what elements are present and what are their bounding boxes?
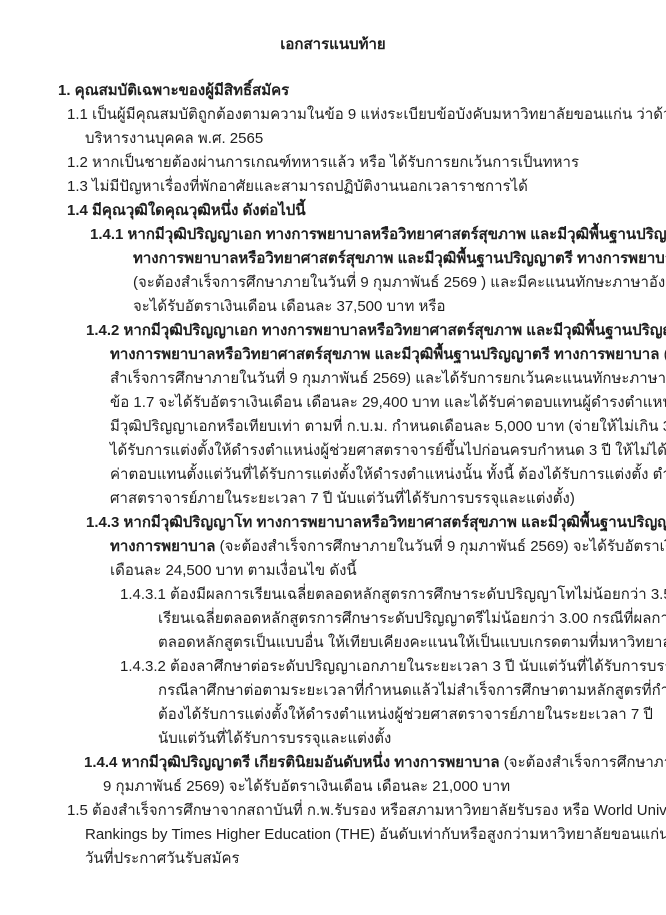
line-1-4-2-cont-5: ได้รับการแต่งตั้งให้ดำรงตำแหน่งผู้ช่วยศา… (110, 439, 666, 463)
line-text: 1.1 เป็นผู้มีคุณสมบัติถูกต้องตามความในข้… (67, 106, 666, 123)
line-1-4-1-cont-3: จะได้รับอัตราเงินเดือน เดือนละ 37,500 บา… (133, 295, 666, 319)
line-1-4-2-cont-1: ทางการพยาบาลหรือวิทยาศาสตร์สุขภาพ และมีว… (110, 343, 666, 367)
line-1-4-3-2-cont-2: ต้องได้รับการแต่งตั้งให้ดำรงตำแหน่งผู้ช่… (158, 703, 666, 727)
line-1-3: 1.3 ไม่มีปัญหาเรื่องที่พักอาศัยและสามารถ… (67, 175, 666, 199)
line-text: สำเร็จการศึกษาภายในวันที่ 9 กุมภาพันธ์ 2… (110, 370, 666, 387)
line-text: (จะต้องสำเร็จการศึกษาภายในวันที่ (500, 754, 666, 771)
line-text: 9 กุมภาพันธ์ 2569) จะได้รับอัตราเงินเดือ… (103, 778, 510, 795)
line-text: นับแต่วันที่ได้รับการบรรจุและแต่งตั้ง (158, 730, 391, 747)
line-1-4-2-cont-6: ค่าตอบแทนตั้งแต่วันที่ได้รับการแต่งตั้งใ… (110, 463, 666, 487)
line-1-4-1-cont-2: (จะต้องสำเร็จการศึกษาภายในวันที่ 9 กุมภา… (133, 271, 666, 295)
line-text: 1.2 หากเป็นชายต้องผ่านการเกณฑ์ทหารแล้ว ห… (67, 154, 579, 171)
line-1-4-4: 1.4.4 หากมีวุฒิปริญญาตรี เกียรตินิยมอันด… (84, 751, 666, 775)
line-text-bold: 1.4.2 หากมีวุฒิปริญญาเอก ทางการพยาบาลหรื… (86, 322, 666, 339)
line-text: ต้องได้รับการแต่งตั้งให้ดำรงตำแหน่งผู้ช่… (158, 706, 653, 723)
document-page: เอกสารแนบท้าย 1. คุณสมบัติเฉพาะของผู้มีส… (0, 0, 666, 915)
line-1-4-3-cont-2: เดือนละ 24,500 บาท ตามเงื่อนไข ดังนี้ (110, 559, 666, 583)
page-title: เอกสารแนบท้าย (0, 33, 666, 57)
line-1-4-2-cont-3: ข้อ 1.7 จะได้รับอัตราเงินเดือน เดือนละ 2… (110, 391, 666, 415)
line-text-bold: 1.4.4 หากมีวุฒิปริญญาตรี เกียรตินิยมอันด… (84, 754, 500, 771)
line-1-4-3: 1.4.3 หากมีวุฒิปริญญาโท ทางการพยาบาลหรือ… (86, 511, 666, 535)
line-text: 1.3 ไม่มีปัญหาเรื่องที่พักอาศัยและสามารถ… (67, 178, 528, 195)
line-1-4: 1.4 มีคุณวุฒิใดคุณวุฒิหนึ่ง ดังต่อไปนี้ (67, 199, 666, 223)
line-1-5-cont-2: วันที่ประกาศวันรับสมัคร (85, 847, 666, 871)
line-1-4-3-1-cont-1: เรียนเฉลี่ยตลอดหลักสูตรการศึกษาระดับปริญ… (158, 607, 666, 631)
line-1-4-2: 1.4.2 หากมีวุฒิปริญญาเอก ทางการพยาบาลหรื… (86, 319, 666, 343)
line-1-4-3-2-cont-1: กรณีลาศึกษาต่อตามระยะเวลาที่กำหนดแล้วไม่… (158, 679, 666, 703)
line-section-1: 1. คุณสมบัติเฉพาะของผู้มีสิทธิ์สมัคร (58, 79, 666, 103)
line-1-2: 1.2 หากเป็นชายต้องผ่านการเกณฑ์ทหารแล้ว ห… (67, 151, 666, 175)
line-text: เดือนละ 24,500 บาท ตามเงื่อนไข ดังนี้ (110, 562, 357, 579)
line-text: ศาสตราจารย์ภายในระยะเวลา 7 ปี นับแต่วันท… (110, 490, 575, 507)
line-text-bold: ทางการพยาบาลหรือวิทยาศาสตร์สุขภาพ และมีว… (133, 250, 666, 267)
line-text: เรียนเฉลี่ยตลอดหลักสูตรการศึกษาระดับปริญ… (158, 610, 666, 627)
line-text: (จะต้องสำเร็จการศึกษาภายในวันที่ 9 กุมภา… (215, 538, 666, 555)
line-1-4-3-cont-1: ทางการพยาบาล (จะต้องสำเร็จการศึกษาภายในว… (110, 535, 666, 559)
line-text: (จะต้อง (659, 346, 666, 363)
line-text-bold: 1.4.1 หากมีวุฒิปริญญาเอก ทางการพยาบาลหรื… (90, 226, 666, 243)
line-text: Rankings by Times Higher Education (THE)… (85, 826, 666, 843)
line-text-bold: 1.4.3 หากมีวุฒิปริญญาโท ทางการพยาบาลหรือ… (86, 514, 666, 531)
line-text: 1.5 ต้องสำเร็จการศึกษาจากสถาบันที่ ก.พ.ร… (67, 802, 666, 819)
line-text: ได้รับการแต่งตั้งให้ดำรงตำแหน่งผู้ช่วยศา… (110, 442, 666, 459)
line-1-4-1: 1.4.1 หากมีวุฒิปริญญาเอก ทางการพยาบาลหรื… (90, 223, 666, 247)
line-text: 1.4.3.1 ต้องมีผลการเรียนเฉลี่ยตลอดหลักสู… (120, 586, 666, 603)
line-1-4-3-2: 1.4.3.2 ต้องลาศึกษาต่อระดับปริญญาเอกภายใ… (120, 655, 666, 679)
line-1-5: 1.5 ต้องสำเร็จการศึกษาจากสถาบันที่ ก.พ.ร… (67, 799, 666, 823)
line-1-5-cont-1: Rankings by Times Higher Education (THE)… (85, 823, 666, 847)
line-text-bold: 1. คุณสมบัติเฉพาะของผู้มีสิทธิ์สมัคร (58, 82, 289, 99)
line-1-4-3-1: 1.4.3.1 ต้องมีผลการเรียนเฉลี่ยตลอดหลักสู… (120, 583, 666, 607)
line-text: มีวุฒิปริญญาเอกหรือเทียบเท่า ตามที่ ก.บ.… (110, 418, 666, 435)
line-text: ข้อ 1.7 จะได้รับอัตราเงินเดือน เดือนละ 2… (110, 394, 666, 411)
line-1-4-2-cont-2: สำเร็จการศึกษาภายในวันที่ 9 กุมภาพันธ์ 2… (110, 367, 666, 391)
line-text: วันที่ประกาศวันรับสมัคร (85, 850, 240, 867)
line-1-4-1-cont-1: ทางการพยาบาลหรือวิทยาศาสตร์สุขภาพ และมีว… (133, 247, 666, 271)
line-text: ค่าตอบแทนตั้งแต่วันที่ได้รับการแต่งตั้งใ… (110, 466, 666, 483)
line-1-4-2-cont-4: มีวุฒิปริญญาเอกหรือเทียบเท่า ตามที่ ก.บ.… (110, 415, 666, 439)
line-text-bold: ทางการพยาบาล (110, 538, 215, 555)
line-1-4-4-cont-1: 9 กุมภาพันธ์ 2569) จะได้รับอัตราเงินเดือ… (103, 775, 666, 799)
line-text: ตลอดหลักสูตรเป็นแบบอื่น ให้เทียบเคียงคะแ… (158, 634, 666, 651)
line-text: (จะต้องสำเร็จการศึกษาภายในวันที่ 9 กุมภา… (133, 274, 666, 291)
line-text: กรณีลาศึกษาต่อตามระยะเวลาที่กำหนดแล้วไม่… (158, 682, 666, 699)
line-text: 1.4.3.2 ต้องลาศึกษาต่อระดับปริญญาเอกภายใ… (120, 658, 666, 675)
line-text: จะได้รับอัตราเงินเดือน เดือนละ 37,500 บา… (133, 298, 446, 315)
line-text: บริหารงานบุคคล พ.ศ. 2565 (85, 130, 263, 147)
line-1-4-3-1-cont-2: ตลอดหลักสูตรเป็นแบบอื่น ให้เทียบเคียงคะแ… (158, 631, 666, 655)
line-1-4-3-2-cont-3: นับแต่วันที่ได้รับการบรรจุและแต่งตั้ง (158, 727, 666, 751)
line-1-1-cont: บริหารงานบุคคล พ.ศ. 2565 (85, 127, 666, 151)
line-text-bold: 1.4 มีคุณวุฒิใดคุณวุฒิหนึ่ง ดังต่อไปนี้ (67, 202, 306, 219)
line-1-1: 1.1 เป็นผู้มีคุณสมบัติถูกต้องตามความในข้… (67, 103, 666, 127)
line-1-4-2-cont-7: ศาสตราจารย์ภายในระยะเวลา 7 ปี นับแต่วันท… (110, 487, 666, 511)
line-text-bold: ทางการพยาบาลหรือวิทยาศาสตร์สุขภาพ และมีว… (110, 346, 659, 363)
